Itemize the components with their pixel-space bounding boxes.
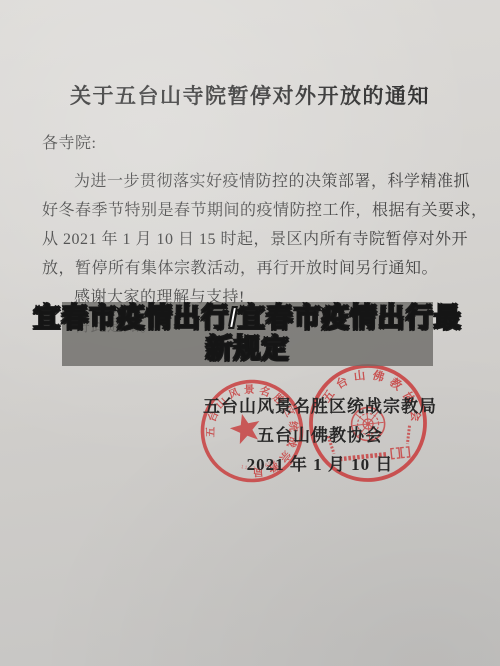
caption-line-2: 新规定 bbox=[206, 334, 290, 365]
signature-date: 2021 年 1 月 10 日 bbox=[160, 450, 480, 479]
caption-banner: 宜春市疫情出行/宜春市疫情出行最 新规定 bbox=[62, 302, 433, 366]
signature-org-1: 五台山风景名胜区统战宗教局 bbox=[160, 392, 480, 421]
caption-line-1: 宜春市疫情出行/宜春市疫情出行最 bbox=[33, 303, 462, 334]
signature-block: 五台山风景名胜区统战宗教局 五台山佛教协会 2021 年 1 月 10 日 bbox=[160, 392, 480, 479]
document-photo: 关于五台山寺院暂停对外开放的通知 各寺院: 为进一步贯彻落实好疫情防控的决策部署… bbox=[0, 0, 500, 666]
signature-org-2: 五台山佛教协会 bbox=[160, 421, 480, 450]
